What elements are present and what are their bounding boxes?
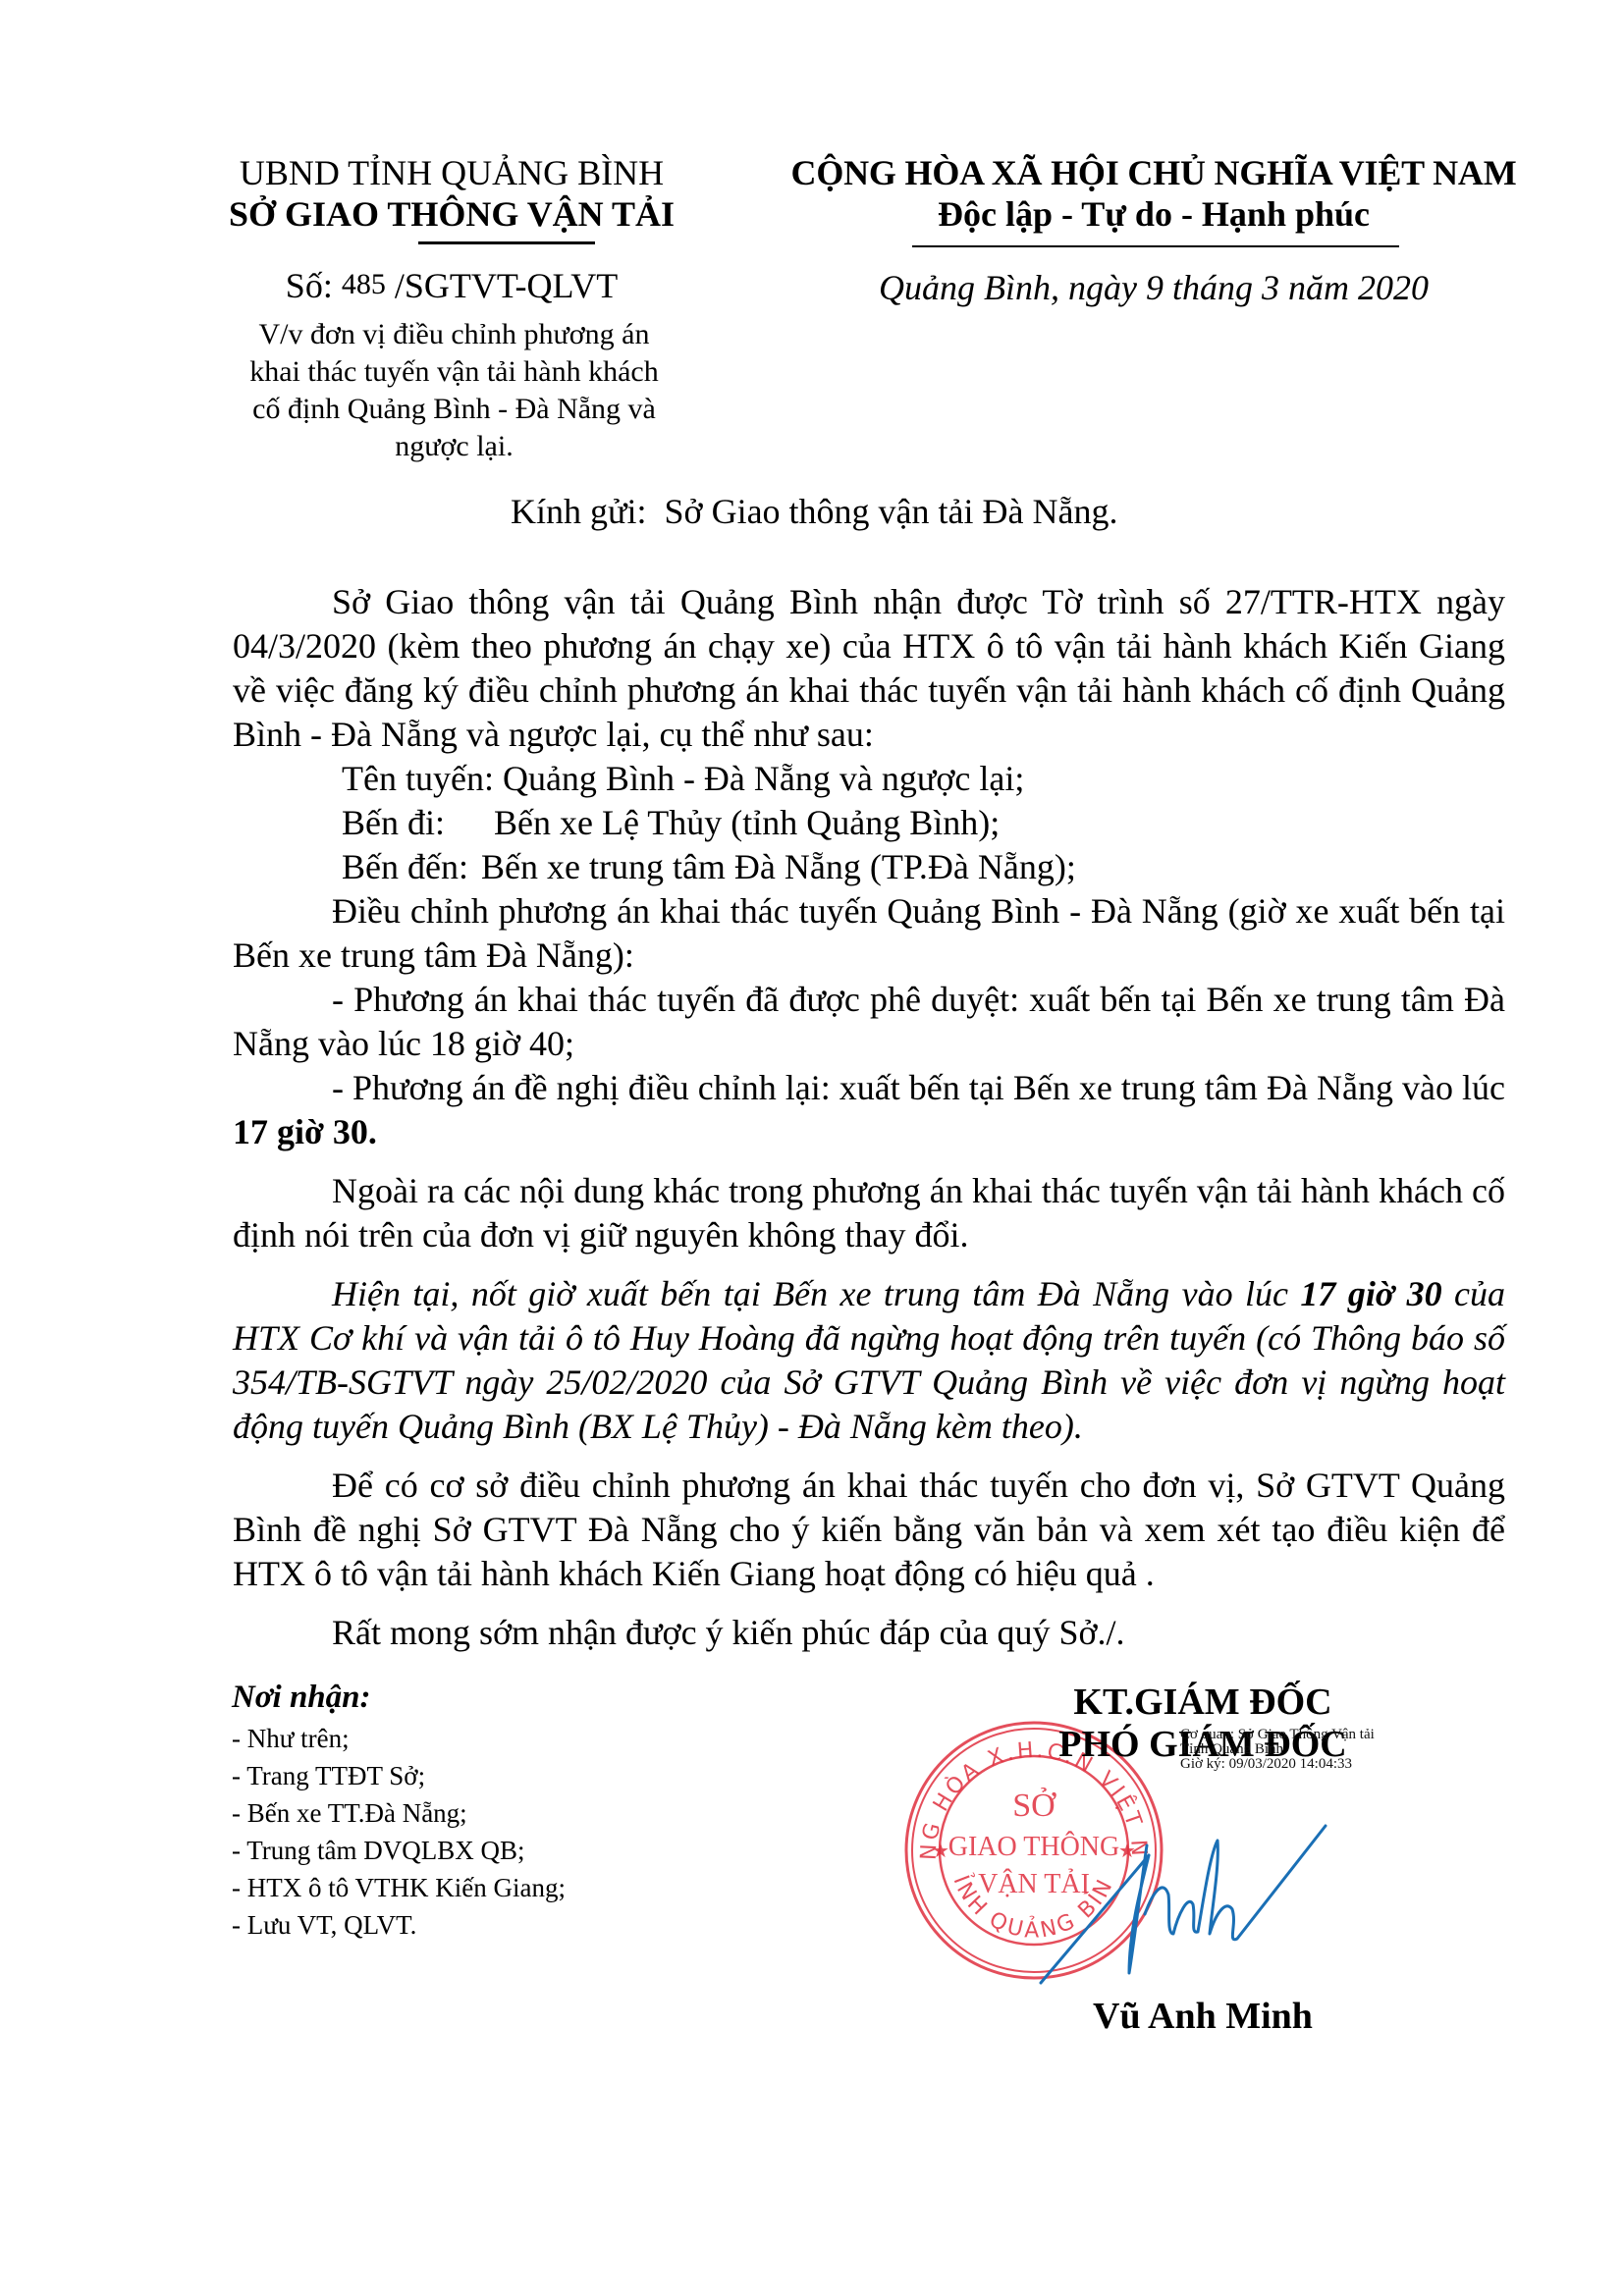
recipients-title: Nơi nhận: xyxy=(232,1680,371,1716)
signer-name: Vũ Anh Minh xyxy=(1011,1995,1394,2038)
national-title: CỘNG HÒA XÃ HỘI CHỦ NGHĨA VIỆT NAM xyxy=(766,152,1542,193)
motto-underline xyxy=(912,245,1399,247)
paragraph-closing: Rất mong sớm nhận được ý kiến phúc đáp c… xyxy=(233,1611,1505,1655)
document-subject: V/v đơn vị điều chỉnh phương án khai thá… xyxy=(236,316,673,465)
agency-underline xyxy=(418,241,595,244)
signature-on-behalf: KT.GIÁM ĐỐC xyxy=(1011,1681,1394,1724)
document-number: Số: 485 /SGTVT-QLVT xyxy=(226,265,677,306)
arrival-label: Bến đến: xyxy=(342,847,468,886)
doc-number-value: 485 xyxy=(342,268,386,300)
proposed-text: - Phương án đề nghị điều chỉnh lại: xuất… xyxy=(332,1068,1505,1107)
agency-name: SỞ GIAO THÔNG VẬN TẢI xyxy=(226,193,677,235)
paragraph-proposed: - Phương án đề nghị điều chỉnh lại: xuất… xyxy=(233,1066,1505,1154)
doc-number-prefix: Số: xyxy=(286,266,342,305)
recipient-item: - Bến xe TT.Đà Nẵng; xyxy=(232,1794,566,1832)
place-date: Quảng Bình, ngày 9 tháng 3 năm 2020 xyxy=(766,267,1542,308)
doc-number-suffix: /SGTVT-QLVT xyxy=(386,266,618,305)
national-motto: Độc lập - Tự do - Hạnh phúc xyxy=(766,193,1542,235)
recipient-item: - Trang TTĐT Sở; xyxy=(232,1757,566,1794)
svg-text:★: ★ xyxy=(932,1839,949,1862)
paragraph-approved: - Phương án khai thác tuyến đã được phê … xyxy=(233,978,1505,1066)
recipient-item: - Lưu VT, QLVT. xyxy=(232,1906,566,1944)
paragraph-intro: Sở Giao thông vận tải Quảng Bình nhận đư… xyxy=(233,580,1505,757)
current-text-a: Hiện tại, nốt giờ xuất bến tại Bến xe tr… xyxy=(332,1274,1300,1313)
recipients-list: - Như trên; - Trang TTĐT Sở; - Bến xe TT… xyxy=(232,1720,566,1944)
route-name: Tên tuyến: Quảng Bình - Đà Nẵng và ngược… xyxy=(233,757,1505,801)
document-body: Sở Giao thông vận tải Quảng Bình nhận đư… xyxy=(233,580,1505,1655)
arrival-value: Bến xe trung tâm Đà Nẵng (TP.Đà Nẵng); xyxy=(481,847,1076,886)
paragraph-other: Ngoài ra các nội dung khác trong phương … xyxy=(233,1169,1505,1257)
recipient-item: - Như trên; xyxy=(232,1720,566,1757)
recipient-item: - HTX ô tô VTHK Kiến Giang; xyxy=(232,1869,566,1906)
departure-value: Bến xe Lệ Thủy (tỉnh Quảng Bình); xyxy=(494,803,1000,842)
digital-signature-info: Cơ quan: Sở Giao Thông Vận tải Tỉnh Quản… xyxy=(1180,1728,1375,1772)
departure-label: Bến đi: xyxy=(342,803,445,842)
digital-sig-agency: Cơ quan: Sở Giao Thông Vận tải xyxy=(1180,1728,1375,1742)
arrival-station: Bến đến:Bến xe trung tâm Đà Nẵng (TP.Đà … xyxy=(233,845,1505,889)
proposed-time: 17 giờ 30. xyxy=(233,1112,377,1151)
paragraph-request: Để có cơ sở điều chỉnh phương án khai th… xyxy=(233,1464,1505,1596)
digital-sig-time: Giờ ký: 09/03/2020 14:04:33 xyxy=(1180,1757,1375,1772)
departure-station: Bến đi:Bến xe Lệ Thủy (tỉnh Quảng Bình); xyxy=(233,801,1505,845)
current-time: 17 giờ 30 xyxy=(1300,1274,1441,1313)
handwritten-signature-icon xyxy=(1031,1787,1345,2002)
addressee: Kính gửi: Sở Giao thông vận tải Đà Nẵng. xyxy=(511,491,1117,532)
paragraph-adjust: Điều chỉnh phương án khai thác tuyến Quả… xyxy=(233,889,1505,978)
digital-sig-province: Tỉnh Quảng Bình xyxy=(1180,1742,1375,1757)
paragraph-current: Hiện tại, nốt giờ xuất bến tại Bến xe tr… xyxy=(233,1272,1505,1449)
recipient-item: - Trung tâm DVQLBX QB; xyxy=(232,1832,566,1869)
agency-parent: UBND TỈNH QUẢNG BÌNH xyxy=(226,152,677,193)
